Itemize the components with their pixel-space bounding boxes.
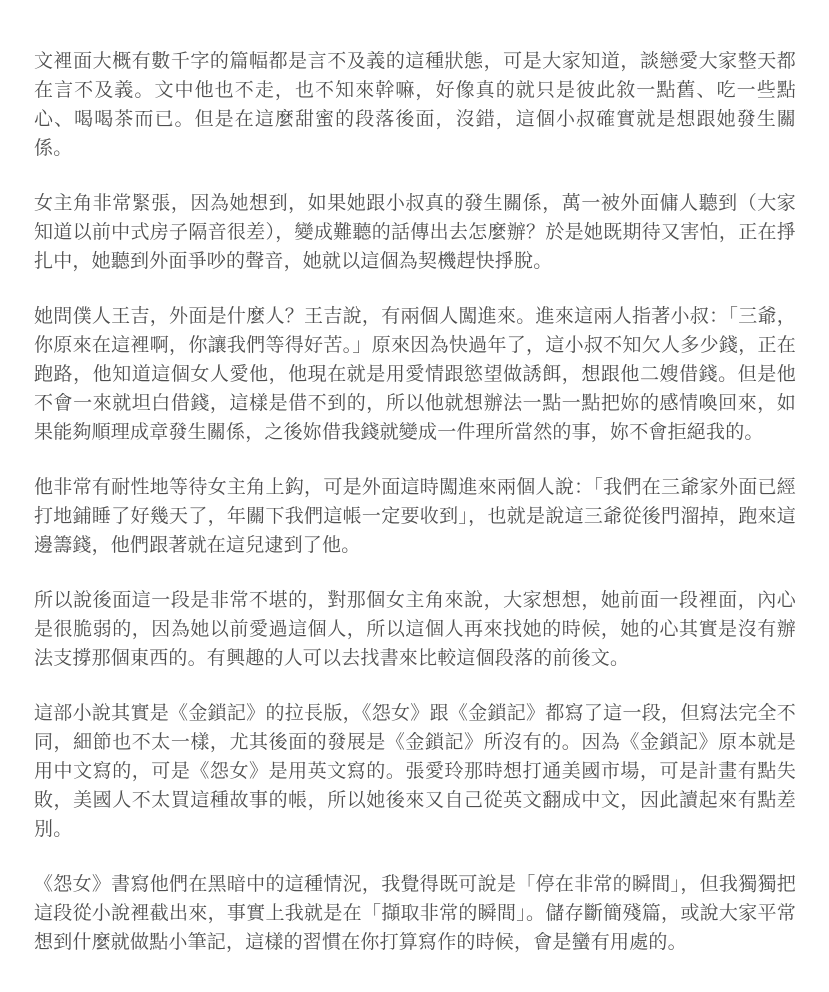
paragraph-3: 她問僕人王吉，外面是什麼人？王吉說，有兩個人闖進來。進來這兩人指著小叔：「三爺，… bbox=[34, 302, 796, 447]
paragraph-7: 《怨女》書寫他們在黑暗中的這種情況，我覺得既可說是「停在非常的瞬間」，但我獨獨把… bbox=[34, 870, 796, 957]
paragraph-2: 女主角非常緊張，因為她想到，如果她跟小叔真的發生關係，萬一被外面傭人聽到（大家知… bbox=[34, 189, 796, 276]
paragraph-5: 所以說後面這一段是非常不堪的，對那個女主角來說，大家想想，她前面一段裡面，內心是… bbox=[34, 586, 796, 673]
document-page: 文裡面大概有數千字的篇幅都是言不及義的這種狀態，可是大家知道，談戀愛大家整天都在… bbox=[0, 0, 829, 992]
paragraph-1: 文裡面大概有數千字的篇幅都是言不及義的這種狀態，可是大家知道，談戀愛大家整天都在… bbox=[34, 47, 796, 163]
paragraph-6: 這部小說其實是《金鎖記》的拉長版，《怨女》跟《金鎖記》都寫了這一段，但寫法完全不… bbox=[34, 699, 796, 844]
paragraph-4: 他非常有耐性地等待女主角上鈎，可是外面這時闖進來兩個人說：「我們在三爺家外面已經… bbox=[34, 473, 796, 560]
